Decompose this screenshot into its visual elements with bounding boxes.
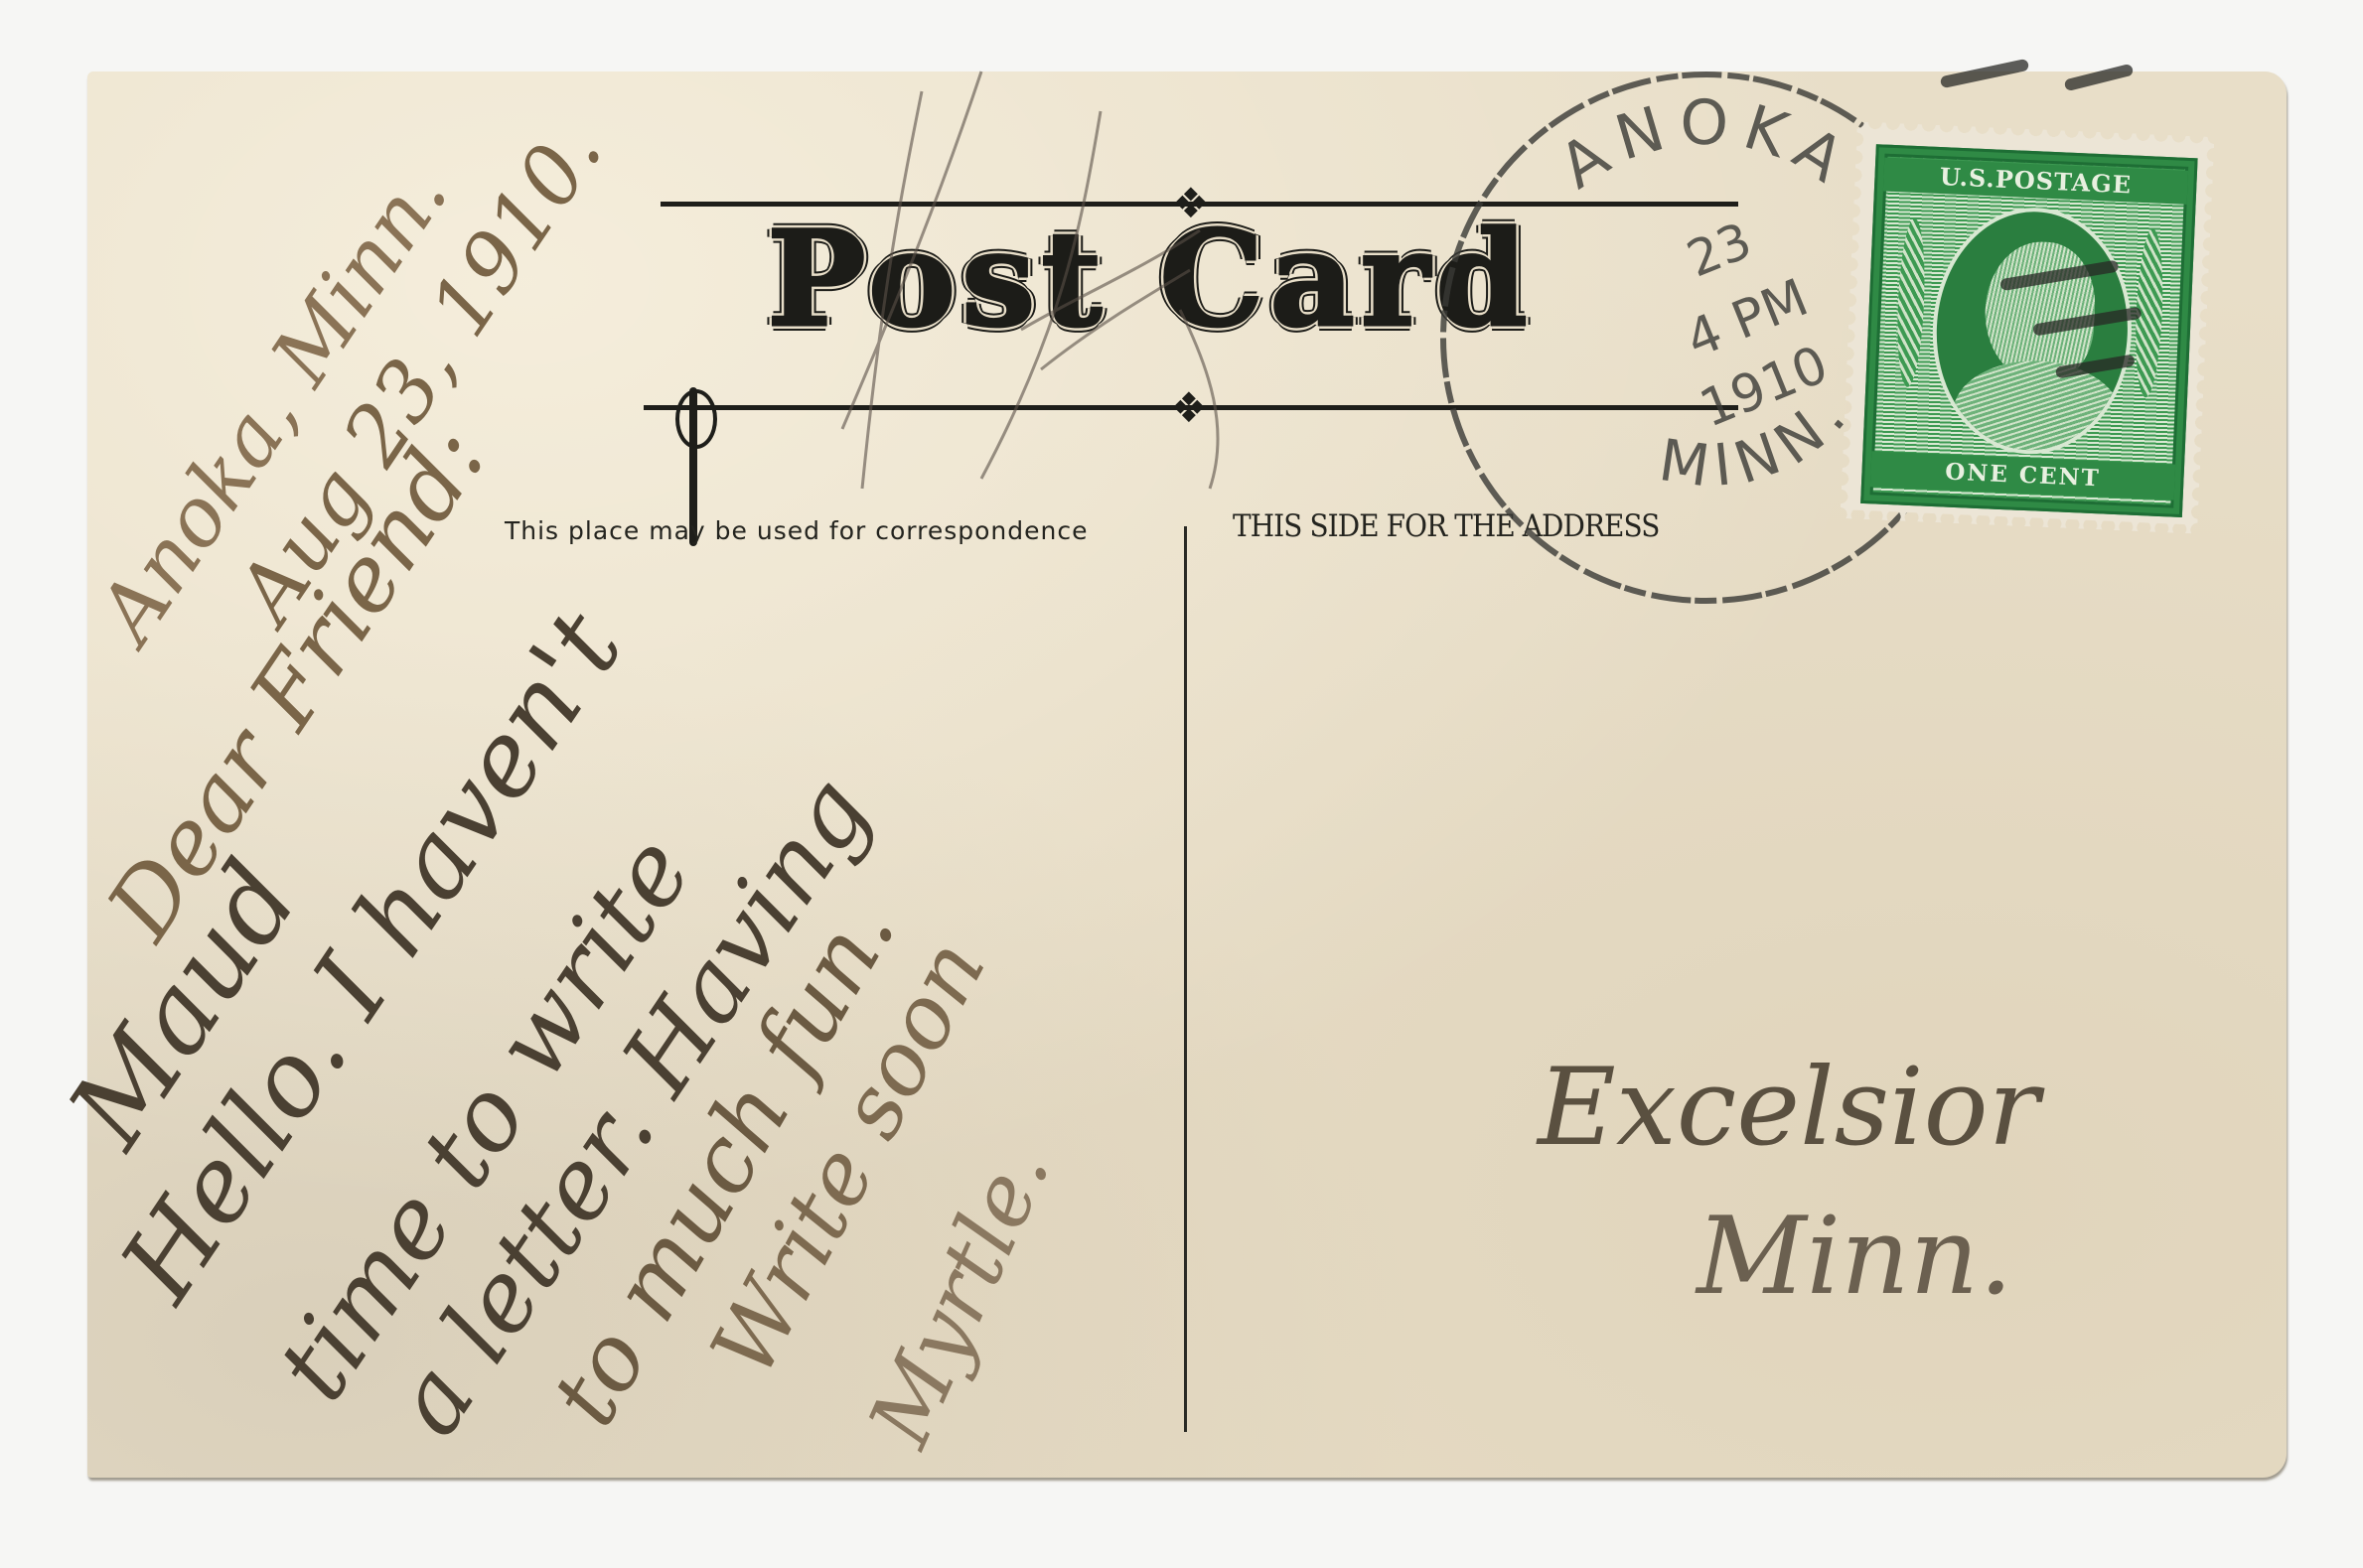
address-city: Excelsior	[1536, 1046, 2045, 1170]
postcard: ❖ ❖ Post Card This place may be used for…	[87, 71, 2287, 1478]
address-name: Mr. Ralph T haralson	[1188, 894, 2295, 1015]
handwritten-address: Mr. Ralph T haralson Excelsior Minn.	[87, 71, 2287, 1478]
address-state: Minn.	[1695, 1195, 2013, 1319]
